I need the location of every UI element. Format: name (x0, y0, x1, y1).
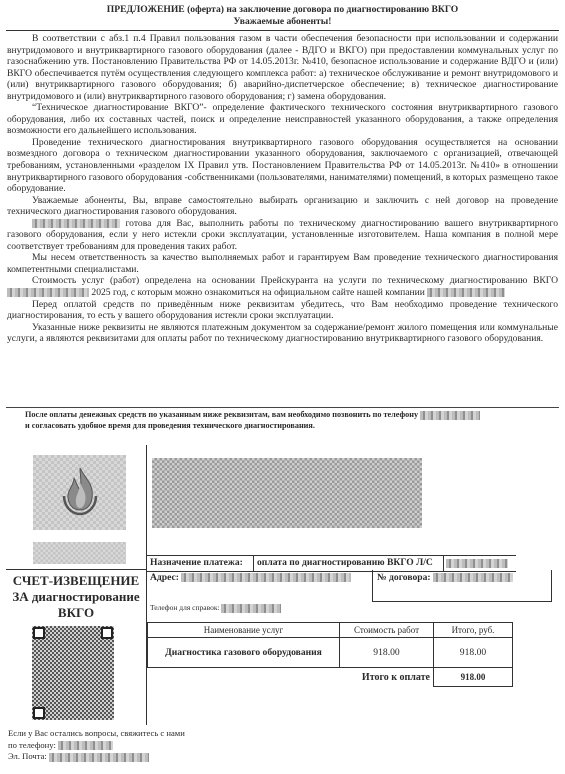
column-header-service: Наименование услуг (148, 623, 340, 638)
service-name: Диагностика газового оборудования (148, 638, 340, 668)
paragraph-9: Указанные ниже реквизиты не являются пла… (7, 322, 558, 345)
redacted-company-name (7, 288, 89, 297)
paragraph-1: В соответствии с абз.1 п.4 Правил пользо… (7, 33, 558, 102)
paragraph-3: Проведение технического диагностирования… (7, 137, 558, 195)
total-value: 918.00 (434, 668, 513, 687)
redacted-company-name (32, 219, 120, 228)
redacted-organization-details (152, 458, 422, 528)
footer-text: Если у Вас остались вопросы, свяжитесь с… (8, 728, 185, 740)
notice-line-1: После оплаты денежных средств по указанн… (25, 410, 418, 419)
redacted-reference-phone (221, 604, 281, 613)
redacted-website-link[interactable] (427, 288, 505, 297)
offer-body: В соответствии с абз.1 п.4 Правил пользо… (7, 33, 558, 345)
header-divider (6, 30, 559, 31)
redacted-address (181, 573, 351, 582)
payment-purpose-label: Назначение платежа: (147, 556, 254, 571)
table-header-row: Наименование услуг Стоимость работ Итого… (148, 623, 513, 638)
company-logo (33, 455, 126, 530)
contract-label: № договора: (377, 572, 431, 583)
table-row: Диагностика газового оборудования 918.00… (148, 638, 513, 668)
paragraph-4: Уважаемые абоненты, Вы, вправе самостоят… (7, 195, 558, 218)
redacted-phone (420, 411, 480, 420)
total-row: Итого к оплате 918.00 (148, 668, 513, 687)
payment-qr-code (32, 626, 114, 720)
redacted-contact-phone (58, 741, 113, 750)
flame-logo-icon (56, 464, 104, 522)
payment-purpose-value: оплата по диагностированию ВКГО Л/С (254, 556, 444, 571)
redacted-recipient (33, 542, 126, 564)
notice-line-2: и согласовать удобное время для проведен… (25, 420, 545, 431)
paragraph-6: Мы несем ответственность за качество вып… (7, 252, 558, 275)
redacted-contract-number (433, 573, 513, 582)
reference-phone: Телефон для справок: (150, 603, 281, 613)
redacted-account-number (444, 556, 516, 571)
paragraph-2: “Техническое диагностирование ВКГО”- опр… (7, 102, 558, 137)
document-title: ПРЕДЛОЖЕНИЕ (оферта) на заключение догов… (0, 4, 565, 16)
invoice-title: СЧЕТ-ИЗВЕЩЕНИЕ ЗА диагностирование ВКГО (6, 573, 146, 621)
left-divider (6, 569, 146, 570)
payment-notice: После оплаты денежных средств по указанн… (25, 409, 545, 431)
document-subtitle: Уважаемые абоненты! (0, 16, 565, 28)
services-table: Наименование услуг Стоимость работ Итого… (147, 622, 513, 687)
service-total: 918.00 (434, 638, 513, 668)
total-label: Итого к оплате (148, 668, 434, 687)
footer-email-label: Эл. Почта: (8, 751, 47, 761)
contact-footer: Если у Вас остались вопросы, свяжитесь с… (8, 728, 185, 763)
footer-phone-label: по телефону: (8, 740, 56, 750)
paragraph-8: Перед оплатой средств по приведённым ниж… (7, 299, 558, 322)
reference-phone-label: Телефон для справок: (150, 603, 220, 612)
address-label: Адрес: (150, 572, 179, 583)
column-header-cost: Стоимость работ (340, 623, 434, 638)
paragraph-5: готова для Вас, выполнить работы по техн… (7, 218, 558, 253)
column-header-total: Итого, руб. (434, 623, 513, 638)
service-cost: 918.00 (340, 638, 434, 668)
paragraph-7: Стоимость услуг (работ) определена на ос… (7, 275, 558, 298)
contract-number-field: № договора: (372, 570, 552, 602)
notice-divider (6, 407, 559, 408)
redacted-contact-email (49, 753, 149, 762)
document-header: ПРЕДЛОЖЕНИЕ (оферта) на заключение догов… (0, 4, 565, 28)
address-field: Адрес: (150, 572, 351, 583)
